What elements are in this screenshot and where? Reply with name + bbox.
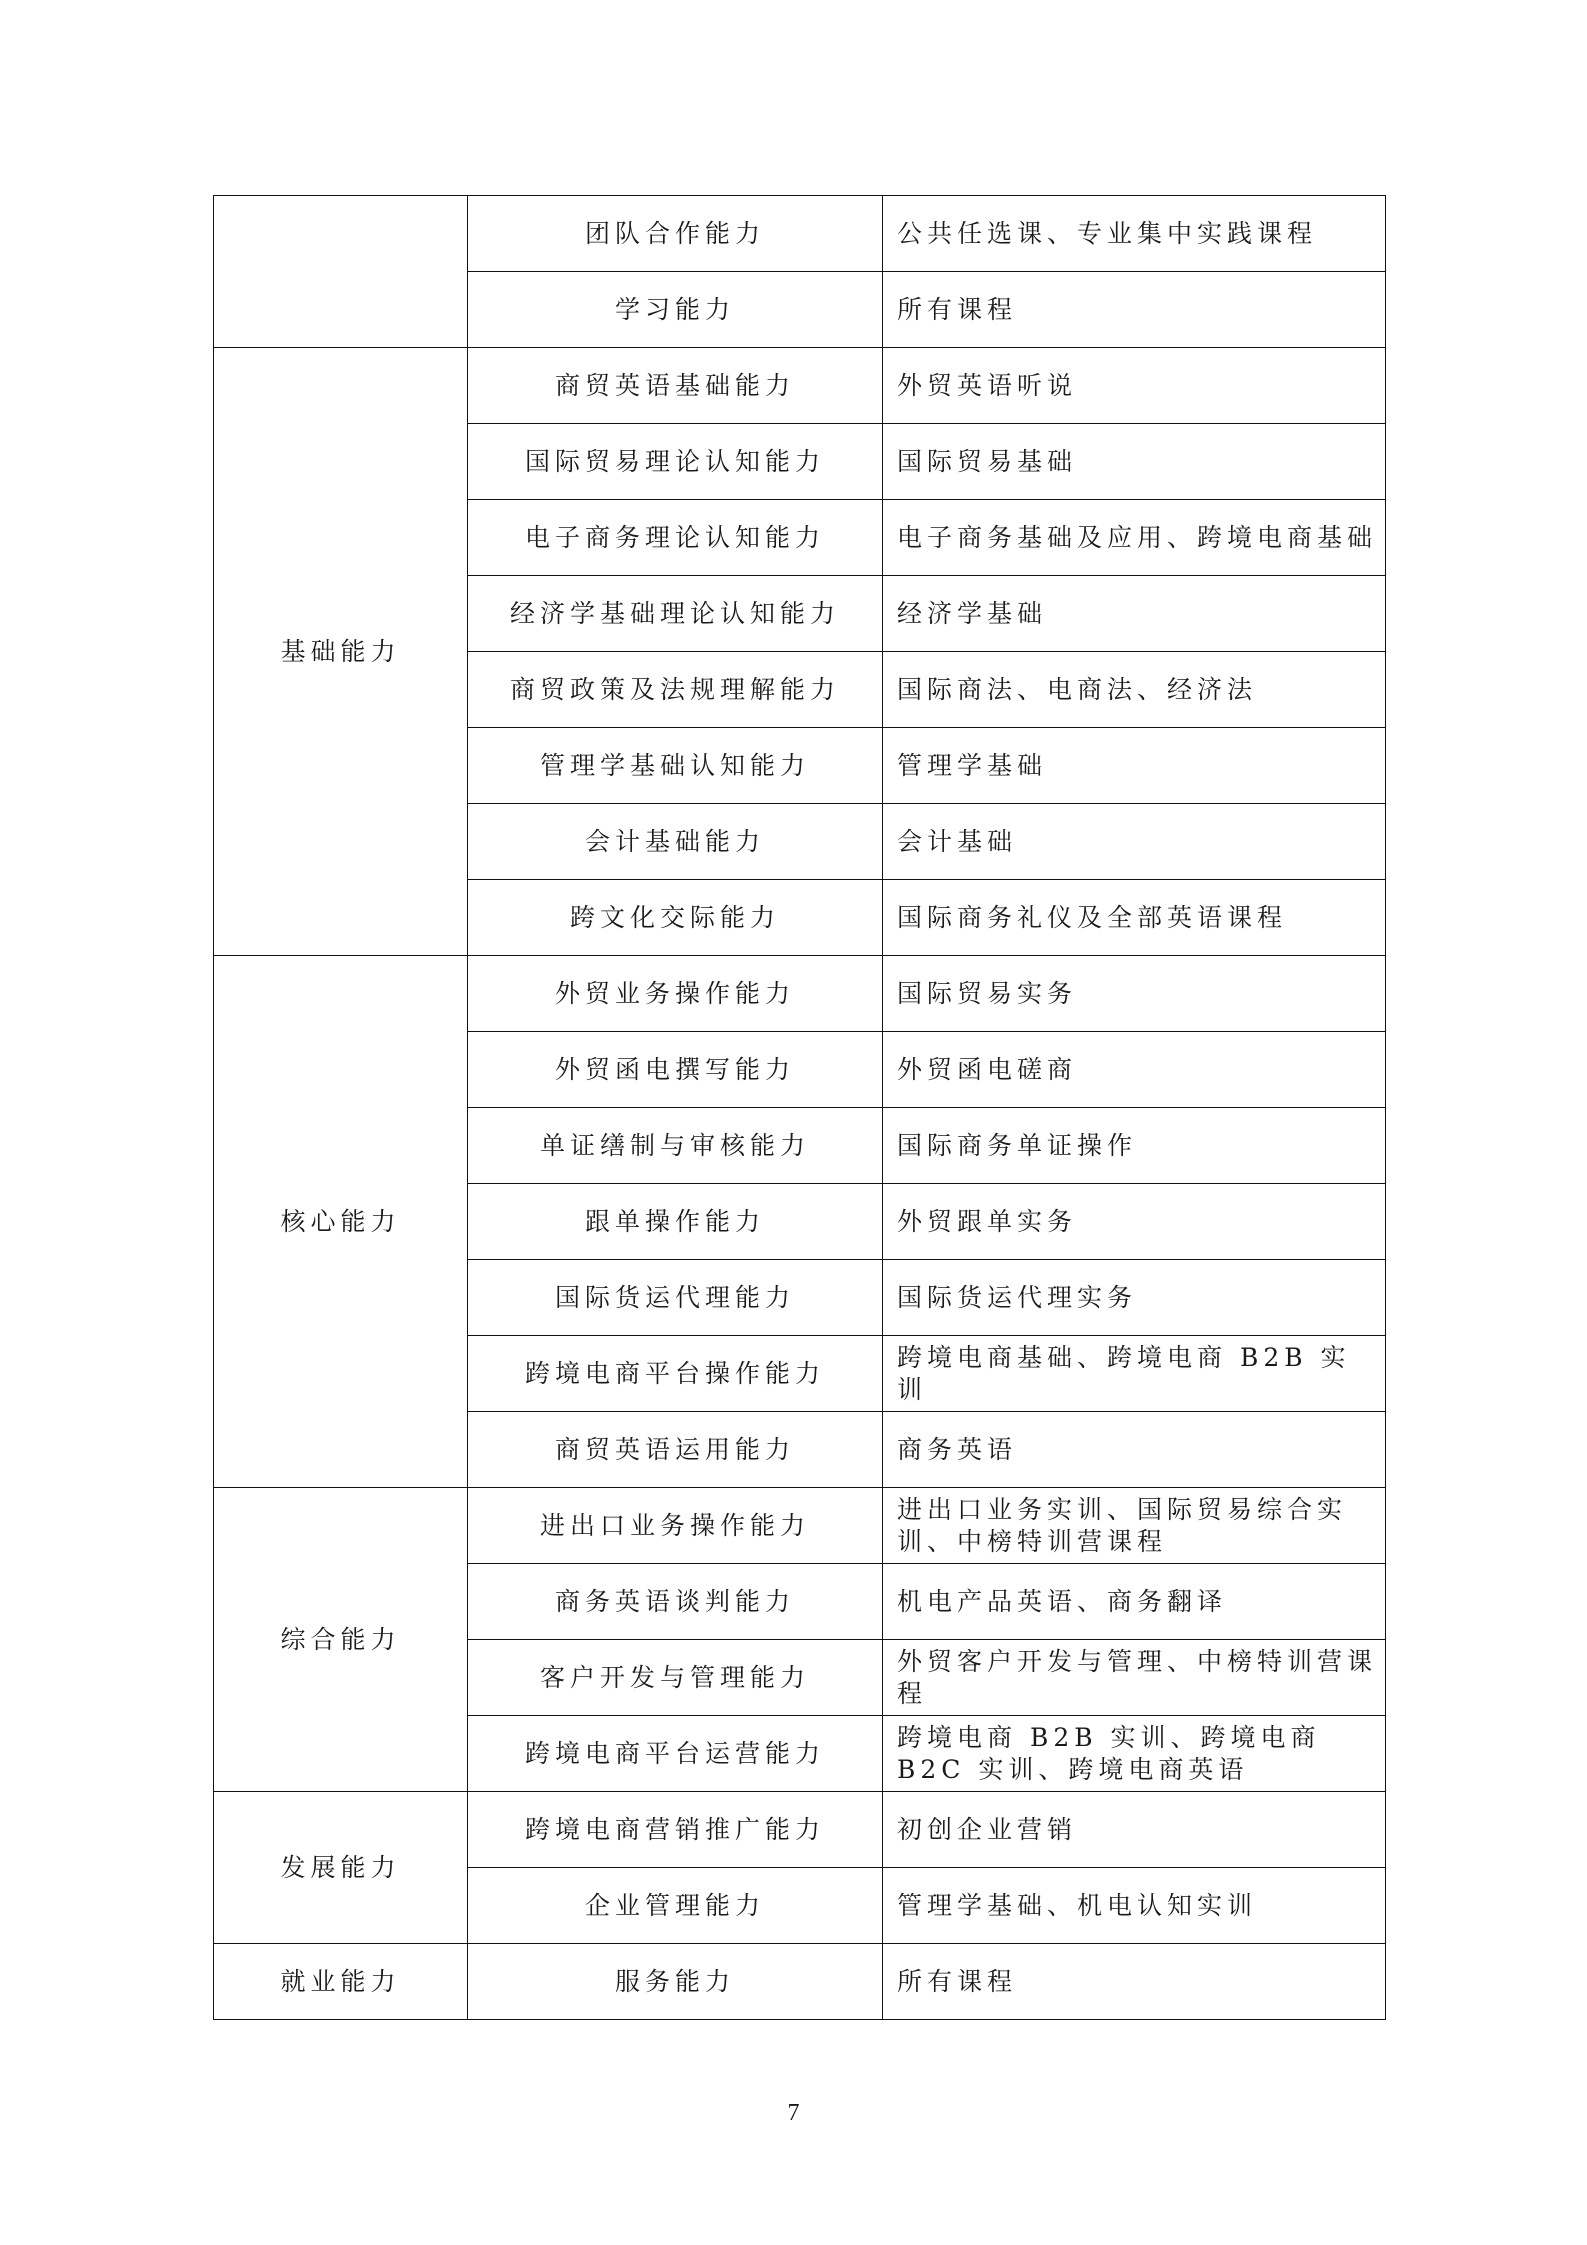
ability-category-cell: 综合能力 [214,1488,468,1792]
ability-cell: 企业管理能力 [468,1868,883,1944]
courses-cell: 所有课程 [883,272,1386,348]
courses-cell: 经济学基础 [883,576,1386,652]
courses-cell: 国际贸易实务 [883,956,1386,1032]
ability-cell: 客户开发与管理能力 [468,1640,883,1716]
table-row: 核心能力外贸业务操作能力国际贸易实务 [214,956,1386,1032]
table-row: 发展能力跨境电商营销推广能力初创企业营销 [214,1792,1386,1868]
ability-category-cell: 核心能力 [214,956,468,1488]
ability-cell: 外贸函电撰写能力 [468,1032,883,1108]
courses-cell: 外贸客户开发与管理、中榜特训营课程 [883,1640,1386,1716]
courses-cell: 外贸函电磋商 [883,1032,1386,1108]
ability-cell: 商务英语谈判能力 [468,1564,883,1640]
courses-cell: 电子商务基础及应用、跨境电商基础 [883,500,1386,576]
courses-cell: 跨境电商基础、跨境电商 B2B 实训 [883,1336,1386,1412]
ability-cell: 跨境电商营销推广能力 [468,1792,883,1868]
table-row: 综合能力进出口业务操作能力进出口业务实训、国际贸易综合实训、中榜特训营课程 [214,1488,1386,1564]
ability-cell: 团队合作能力 [468,196,883,272]
ability-category-cell: 发展能力 [214,1792,468,1944]
courses-cell: 管理学基础 [883,728,1386,804]
page-number: 7 [0,2100,1587,2127]
courses-cell: 外贸英语听说 [883,348,1386,424]
courses-cell: 外贸跟单实务 [883,1184,1386,1260]
courses-cell: 国际商务单证操作 [883,1108,1386,1184]
ability-cell: 电子商务理论认知能力 [468,500,883,576]
ability-category-cell: 基础能力 [214,348,468,956]
courses-cell: 初创企业营销 [883,1792,1386,1868]
ability-category-cell [214,196,468,348]
ability-cell: 服务能力 [468,1944,883,2020]
courses-cell: 国际商法、电商法、经济法 [883,652,1386,728]
courses-cell: 跨境电商 B2B 实训、跨境电商 B2C 实训、跨境电商英语 [883,1716,1386,1792]
ability-cell: 国际贸易理论认知能力 [468,424,883,500]
ability-cell: 外贸业务操作能力 [468,956,883,1032]
courses-cell: 会计基础 [883,804,1386,880]
ability-cell: 商贸政策及法规理解能力 [468,652,883,728]
courses-cell: 管理学基础、机电认知实训 [883,1868,1386,1944]
ability-cell: 国际货运代理能力 [468,1260,883,1336]
ability-cell: 商贸英语基础能力 [468,348,883,424]
table-row: 团队合作能力公共任选课、专业集中实践课程 [214,196,1386,272]
courses-cell: 国际货运代理实务 [883,1260,1386,1336]
ability-cell: 会计基础能力 [468,804,883,880]
ability-cell: 经济学基础理论认知能力 [468,576,883,652]
ability-cell: 跨境电商平台运营能力 [468,1716,883,1792]
ability-cell: 跨境电商平台操作能力 [468,1336,883,1412]
ability-cell: 学习能力 [468,272,883,348]
ability-course-table: 团队合作能力公共任选课、专业集中实践课程学习能力所有课程基础能力商贸英语基础能力… [213,195,1386,2020]
courses-cell: 国际商务礼仪及全部英语课程 [883,880,1386,956]
courses-cell: 国际贸易基础 [883,424,1386,500]
courses-cell: 所有课程 [883,1944,1386,2020]
ability-cell: 跟单操作能力 [468,1184,883,1260]
courses-cell: 进出口业务实训、国际贸易综合实训、中榜特训营课程 [883,1488,1386,1564]
ability-category-cell: 就业能力 [214,1944,468,2020]
ability-cell: 商贸英语运用能力 [468,1412,883,1488]
table-row: 就业能力服务能力所有课程 [214,1944,1386,2020]
ability-cell: 单证缮制与审核能力 [468,1108,883,1184]
ability-cell: 进出口业务操作能力 [468,1488,883,1564]
ability-cell: 跨文化交际能力 [468,880,883,956]
ability-cell: 管理学基础认知能力 [468,728,883,804]
courses-cell: 商务英语 [883,1412,1386,1488]
table-row: 基础能力商贸英语基础能力外贸英语听说 [214,348,1386,424]
courses-cell: 机电产品英语、商务翻译 [883,1564,1386,1640]
courses-cell: 公共任选课、专业集中实践课程 [883,196,1386,272]
